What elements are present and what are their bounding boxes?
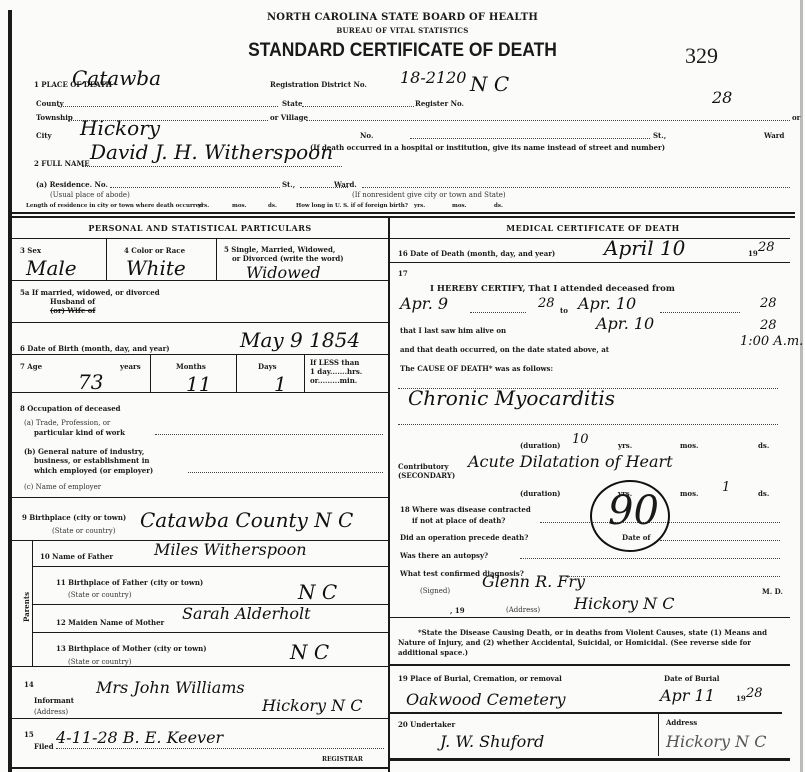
mother-birthplace: N C [290,640,329,664]
hospital-note: (If death occurred in a hospital or inst… [310,143,665,152]
contributory-cause: Acute Dilatation of Heart [468,452,673,471]
cause-footnote: *State the Disease Causing Death, or in … [398,628,778,658]
age-years: 73 [78,370,103,394]
registrar-label: REGISTRAR [322,756,363,763]
right-border [800,0,803,772]
birthplace-value: Catawba County N C [140,508,353,532]
residence-label: (a) Residence. No. [36,180,108,189]
state-value: N C [470,72,509,96]
sex-value: Male [26,256,77,280]
death-certificate: NORTH CAROLINA STATE BOARD OF HEALTH BUR… [0,0,805,772]
attended-from: Apr. 9 [400,294,448,313]
full-name-value: David J. H. Witherspoon [90,140,333,164]
registration-district-value: 18-2120 [400,68,466,87]
bureau-name: BUREAU OF VITAL STATISTICS [0,26,805,35]
physician-signature: Glenn R. Fry [482,572,585,591]
city-label: City [36,131,52,140]
last-saw-alive: Apr. 10 [596,314,654,333]
register-no-value: 28 [712,88,732,107]
attended-to: Apr. 10 [578,294,636,313]
undertaker-address: Hickory N C [666,732,766,751]
registration-district-label: Registration District No. [270,80,367,89]
parents-label: Parents [22,592,31,622]
father-name: Miles Witherspoon [154,540,307,559]
personal-section-title: PERSONAL AND STATISTICAL PARTICULARS [12,223,388,233]
left-border [8,10,12,772]
father-birthplace: N C [298,580,337,604]
certificate-number: 329 [685,43,718,69]
physician-address: Hickory N C [574,594,674,613]
race-value: White [126,256,186,280]
county-value: Catawba [72,66,161,90]
dob-value: May 9 1854 [240,328,360,352]
informant-address: Hickory N C [262,696,362,715]
cause-of-death: Chronic Myocarditis [408,386,615,410]
mother-maiden-name: Sarah Alderholt [182,604,311,623]
burial-date: Apr 11 [660,686,715,705]
column-divider [388,218,390,772]
state-label: State [282,99,303,108]
undertaker-name: J. W. Shuford [440,732,544,751]
city-value: Hickory [80,116,160,140]
village-label: or Village [270,113,308,122]
date-of-death-year: 28 [758,240,775,255]
contributory-duration-ds: 1 [722,480,730,495]
certify-text: I HEREBY CERTIFY, That I attended deceas… [430,284,675,294]
informant-name: Mrs John Williams [96,678,245,697]
date-of-death: April 10 [604,236,685,260]
time-of-death: 1:00 A.m. [740,334,803,349]
board-name: NORTH CAROLINA STATE BOARD OF HEALTH [0,12,805,23]
burial-place: Oakwood Cemetery [406,690,566,709]
nonresident-note: (If nonresident give city or town and St… [352,191,506,199]
medical-section-title: MEDICAL CERTIFICATE OF DEATH [396,223,790,233]
certificate-title: STANDARD CERTIFICATE OF DEATH [32,40,773,62]
cause-duration-yrs: 10 [572,432,589,447]
filed-value: 4-11-28 B. E. Keever [56,728,223,747]
circled-code: 90 [608,488,659,534]
register-no-label: Register No. [415,99,464,108]
